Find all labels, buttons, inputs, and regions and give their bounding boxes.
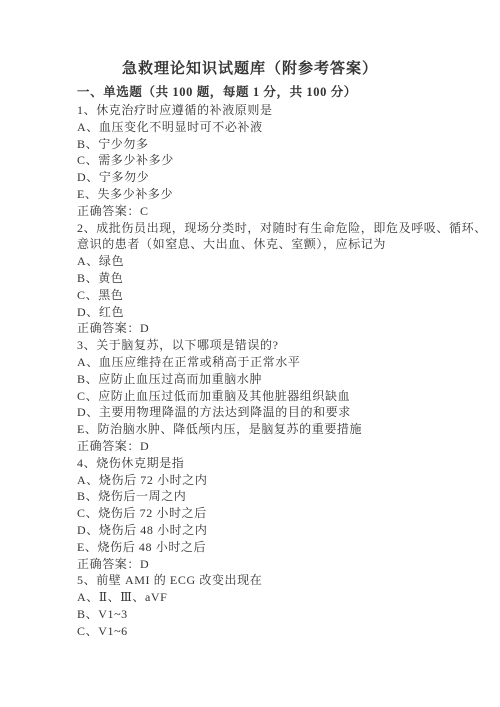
question-4-option-e: E、烧伤后 48 小时之后	[77, 539, 462, 556]
question-2-stem-line-2: 意识的患者（如窒息、大出血、休克、室颤），应标记为	[77, 236, 462, 253]
question-2-option-c: C、黑色	[77, 287, 462, 304]
question-2-option-a: A、绿色	[77, 253, 462, 270]
question-5-option-a: A、Ⅱ、Ⅲ、aVF	[77, 589, 462, 606]
question-3-option-b: B、应防止血压过高而加重脑水肿	[77, 371, 462, 388]
question-2-answer: 正确答案：D	[77, 320, 462, 337]
question-1-option-d: D、宁多勿少	[77, 169, 462, 186]
question-3-stem: 3、关于脑复苏，以下哪项是错误的?	[77, 337, 462, 354]
page-title: 急救理论知识试题库（附参考答案）	[0, 0, 500, 82]
document-content: 一、单选题（共 100 题，每题 1 分，共 100 分） 1、休克治疗时应遵循…	[77, 82, 462, 640]
question-4-option-d: D、烧伤后 48 小时之内	[77, 522, 462, 539]
question-1-option-b: B、宁少勿多	[77, 136, 462, 153]
document-page: 急救理论知识试题库（附参考答案） 一、单选题（共 100 题，每题 1 分，共 …	[0, 0, 500, 707]
question-1-option-c: C、需多少补多少	[77, 152, 462, 169]
question-1-answer: 正确答案：C	[77, 203, 462, 220]
question-5-stem: 5、前壁 AMI 的 ECG 改变出现在	[77, 572, 462, 589]
question-2-stem-line-1: 2、成批伤员出现，现场分类时，对随时有生命危险，即危及呼吸、循环、	[77, 220, 462, 237]
question-3-option-c: C、应防止血压过低而加重脑及其他脏器组织缺血	[77, 388, 462, 405]
question-3-option-d: D、主要用物理降温的方法达到降温的目的和要求	[77, 404, 462, 421]
question-4-option-b: B、烧伤后一周之内	[77, 488, 462, 505]
question-4-option-c: C、烧伤后 72 小时之后	[77, 505, 462, 522]
question-3-option-a: A、血压应维持在正常或稍高于正常水平	[77, 354, 462, 371]
question-3-answer: 正确答案：D	[77, 438, 462, 455]
question-2-option-d: D、红色	[77, 304, 462, 321]
question-5-option-c: C、V1~6	[77, 623, 462, 640]
question-1-option-a: A、血压变化不明显时可不必补液	[77, 119, 462, 136]
question-4-answer: 正确答案：D	[77, 556, 462, 573]
question-4-stem: 4、烧伤休克期是指	[77, 455, 462, 472]
question-3-option-e: E、防治脑水肿、降低颅内压，是脑复苏的重要措施	[77, 421, 462, 438]
question-5-option-b: B、V1~3	[77, 606, 462, 623]
question-2-option-b: B、黄色	[77, 270, 462, 287]
question-1-option-e: E、失多少补多少	[77, 186, 462, 203]
question-1-stem: 1、休克治疗时应遵循的补液原则是	[77, 102, 462, 119]
section-header: 一、单选题（共 100 题，每题 1 分，共 100 分）	[77, 82, 462, 102]
question-4-option-a: A、烧伤后 72 小时之内	[77, 472, 462, 489]
